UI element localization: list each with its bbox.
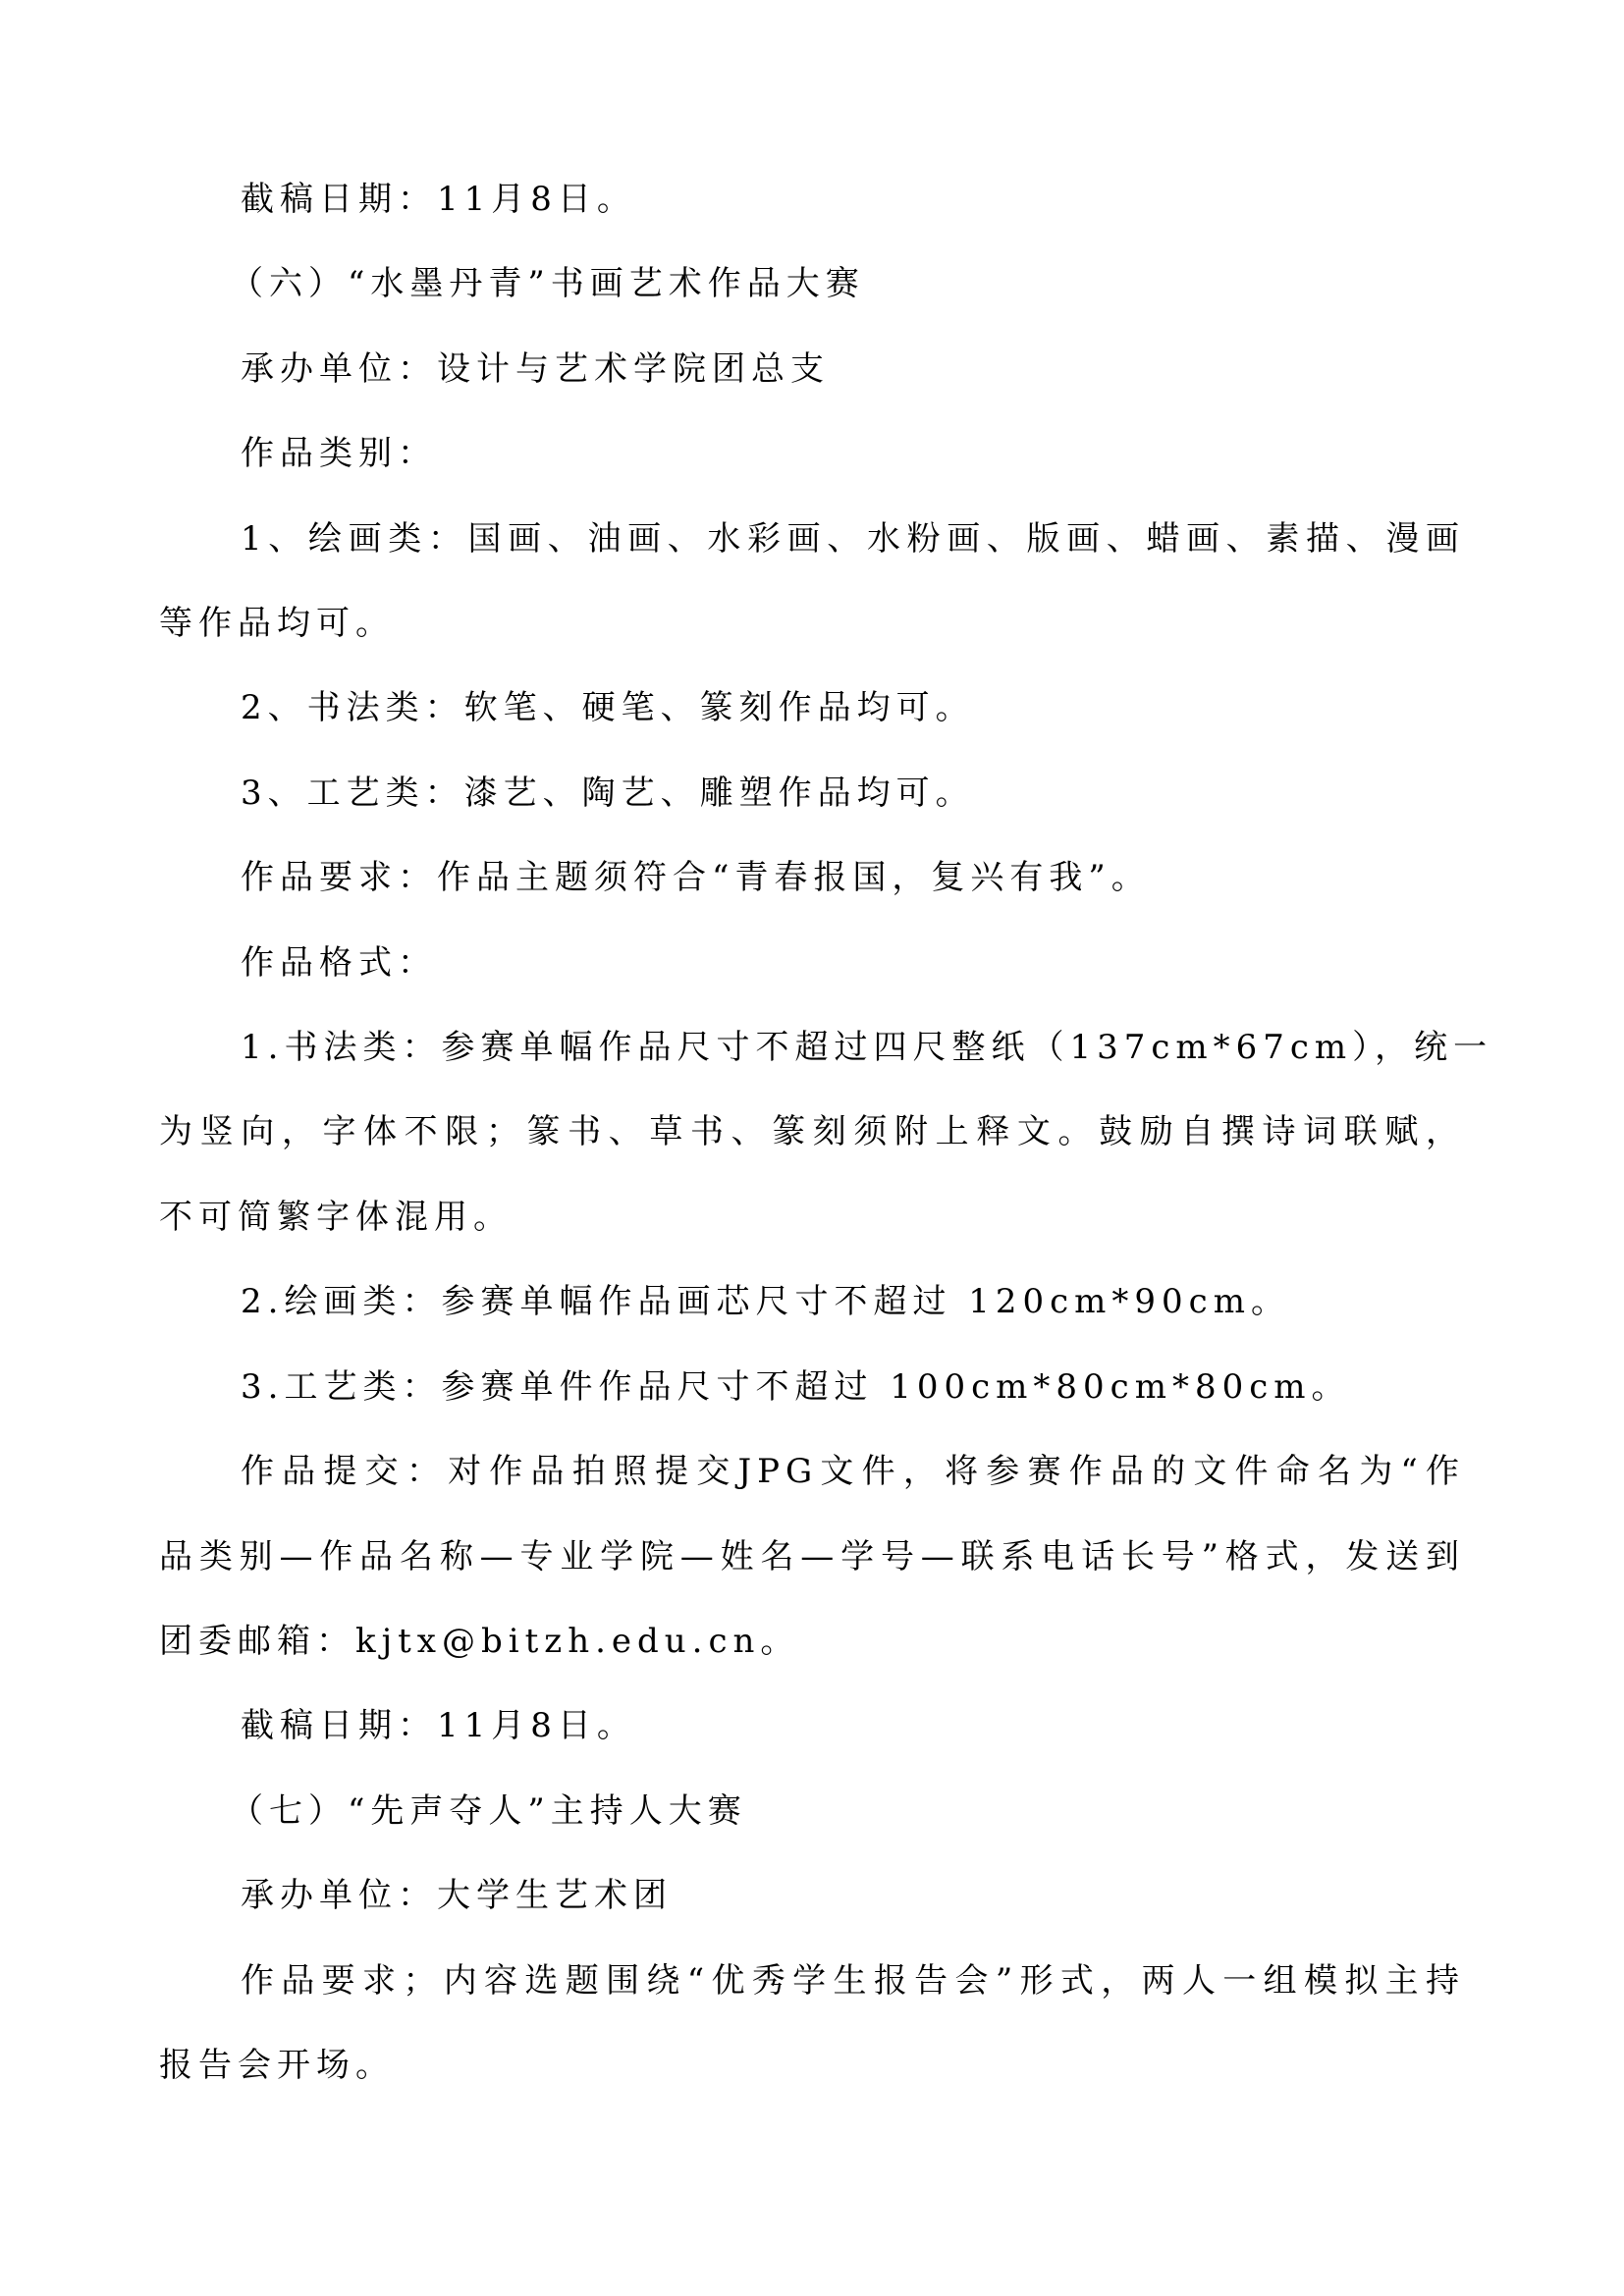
- text-line: 品类别—作品名称—专业学院—姓名—学号—联系电话长号”格式，发送到: [159, 1515, 1465, 1599]
- text-line: 承办单位：设计与艺术学院团总支: [159, 327, 1465, 411]
- section-6-format-calligraphy: 1.书法类：参赛单幅作品尺寸不超过四尺整纸（137cm*67cm），统一 为竖向…: [159, 1005, 1465, 1259]
- document-page: 截稿日期：11月8日。 （六）“水墨丹青”书画艺术作品大赛 承办单位：设计与艺术…: [159, 157, 1465, 2108]
- text-line: 作品要求；内容选题围绕“优秀学生报告会”形式，两人一组模拟主持: [159, 1939, 1465, 2023]
- text-line: 作品要求：作品主题须符合“青春报国，复兴有我”。: [159, 835, 1465, 920]
- text-line: 不可简繁字体混用。: [159, 1175, 1465, 1259]
- section-6-category-calligraphy: 2、书法类：软笔、硬笔、篆刻作品均可。: [159, 666, 1465, 750]
- section-6-submission: 作品提交：对作品拍照提交JPG文件，将参赛作品的文件命名为“作 品类别—作品名称…: [159, 1429, 1465, 1683]
- text-line: 3.工艺类：参赛单件作品尺寸不超过 100cm*80cm*80cm。: [159, 1345, 1465, 1429]
- section-6-format-crafts: 3.工艺类：参赛单件作品尺寸不超过 100cm*80cm*80cm。: [159, 1345, 1465, 1429]
- section-6-organizer: 承办单位：设计与艺术学院团总支: [159, 327, 1465, 411]
- section-7-requirement: 作品要求；内容选题围绕“优秀学生报告会”形式，两人一组模拟主持 报告会开场。: [159, 1939, 1465, 2109]
- section-7-title: （七）“先声夺人”主持人大赛: [159, 1769, 1465, 1853]
- text-line: 2、书法类：软笔、硬笔、篆刻作品均可。: [159, 666, 1465, 750]
- text-line: 作品格式：: [159, 921, 1465, 1005]
- section-6-format-painting: 2.绘画类：参赛单幅作品画芯尺寸不超过 120cm*90cm。: [159, 1259, 1465, 1344]
- text-line: 承办单位：大学生艺术团: [159, 1853, 1465, 1938]
- section-6-category-crafts: 3、工艺类：漆艺、陶艺、雕塑作品均可。: [159, 751, 1465, 835]
- text-line: 截稿日期：11月8日。: [159, 1683, 1465, 1768]
- text-line: （六）“水墨丹青”书画艺术作品大赛: [159, 241, 1465, 326]
- text-line: （七）“先声夺人”主持人大赛: [159, 1769, 1465, 1853]
- text-line: 等作品均可。: [159, 581, 1465, 666]
- section-6-categories-label: 作品类别：: [159, 411, 1465, 496]
- text-line: 2.绘画类：参赛单幅作品画芯尺寸不超过 120cm*90cm。: [159, 1259, 1465, 1344]
- section-7-organizer: 承办单位：大学生艺术团: [159, 1853, 1465, 1938]
- section-6-title: （六）“水墨丹青”书画艺术作品大赛: [159, 241, 1465, 326]
- deadline-text: 截稿日期：11月8日。: [159, 157, 1465, 241]
- email-text-line: 团委邮箱：kjtx@bitzh.edu.cn。: [159, 1599, 1465, 1683]
- text-line: 报告会开场。: [159, 2023, 1465, 2108]
- text-line: 截稿日期：11月8日。: [159, 157, 1465, 241]
- section-6-requirement: 作品要求：作品主题须符合“青春报国，复兴有我”。: [159, 835, 1465, 920]
- text-line: 为竖向，字体不限；篆书、草书、篆刻须附上释文。鼓励自撰诗词联赋，: [159, 1090, 1465, 1174]
- text-line: 作品提交：对作品拍照提交JPG文件，将参赛作品的文件命名为“作: [159, 1429, 1465, 1514]
- section-6-category-painting: 1、绘画类：国画、油画、水彩画、水粉画、版画、蜡画、素描、漫画 等作品均可。: [159, 497, 1465, 667]
- text-line: 3、工艺类：漆艺、陶艺、雕塑作品均可。: [159, 751, 1465, 835]
- section-6-format-label: 作品格式：: [159, 921, 1465, 1005]
- text-line: 作品类别：: [159, 411, 1465, 496]
- text-line: 1.书法类：参赛单幅作品尺寸不超过四尺整纸（137cm*67cm），统一: [159, 1005, 1465, 1090]
- section-6-deadline: 截稿日期：11月8日。: [159, 1683, 1465, 1768]
- text-line: 1、绘画类：国画、油画、水彩画、水粉画、版画、蜡画、素描、漫画: [159, 497, 1465, 581]
